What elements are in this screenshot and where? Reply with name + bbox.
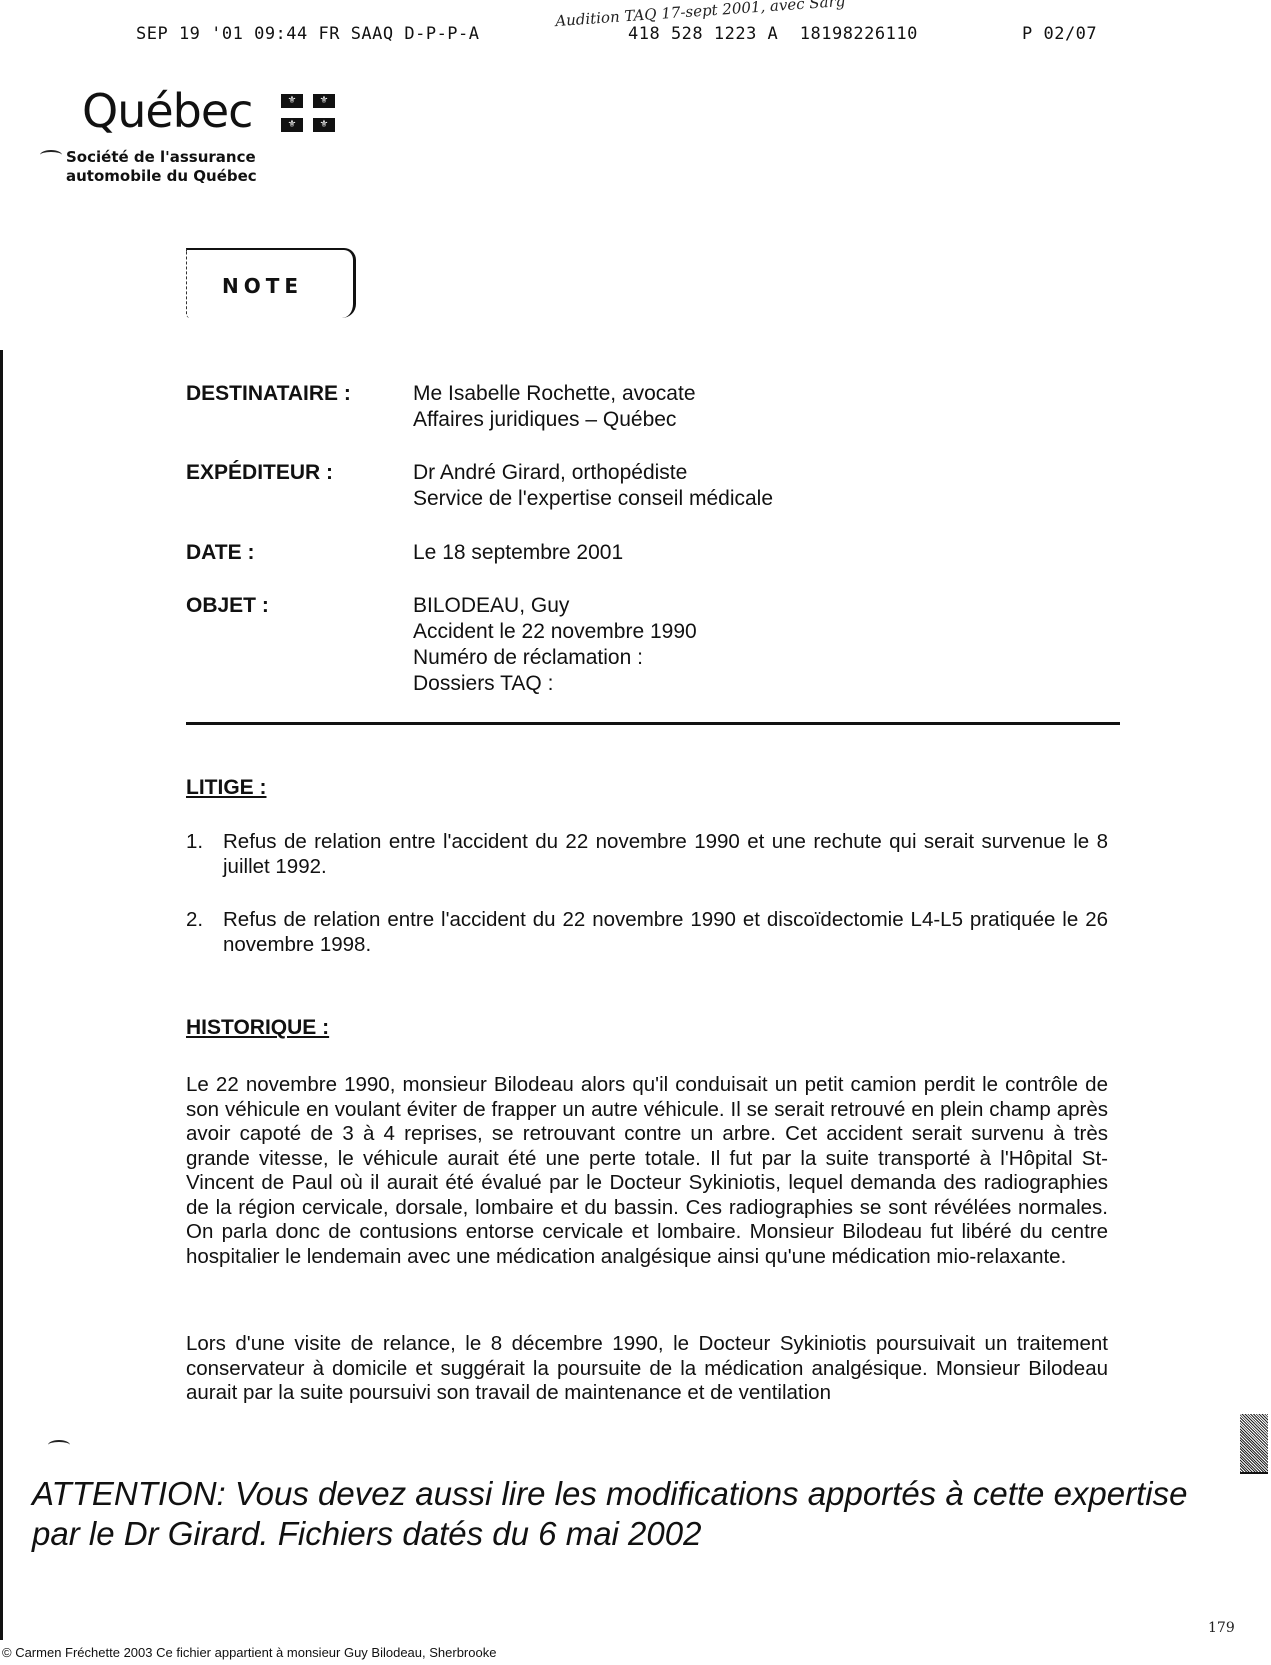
sender-value: Dr André Girard, orthopédiste Service de… xyxy=(413,460,773,512)
scan-left-border xyxy=(0,350,3,1640)
historique-paragraph: Lors d'une visite de relance, le 8 décem… xyxy=(186,1332,1108,1406)
copyright-footer: © Carmen Fréchette 2003 Ce fichier appar… xyxy=(2,1645,496,1660)
fleur-de-lis-flag-icon: ⚜⚜ ⚜⚜ xyxy=(281,94,337,136)
subject-line: Accident le 22 novembre 1990 xyxy=(413,619,697,645)
sender-label: EXPÉDITEUR : xyxy=(186,460,333,486)
recipient-label: DESTINATAIRE : xyxy=(186,381,351,407)
fax-header-page: P 02/07 xyxy=(1022,24,1097,44)
organization-line-1: Société de l'assurance xyxy=(66,148,257,167)
recipient-value: Me Isabelle Rochette, avocate Affaires j… xyxy=(413,381,696,433)
litige-item: Refus de relation entre l'accident du 22… xyxy=(223,830,1108,879)
subject-label: OBJET : xyxy=(186,593,269,619)
litige-item: Refus de relation entre l'accident du 22… xyxy=(223,908,1108,957)
subject-line: Dossiers TAQ : xyxy=(413,671,697,697)
quebec-logo-word: Québec xyxy=(82,84,252,138)
subject-value: BILODEAU, Guy Accident le 22 novembre 19… xyxy=(413,593,697,697)
organization-line-2: automobile du Québec xyxy=(66,167,257,186)
document-type-label: NOTE xyxy=(222,274,303,298)
recipient-line: Me Isabelle Rochette, avocate xyxy=(413,381,696,407)
attention-notice: ATTENTION: Vous devez aussi lire les mod… xyxy=(32,1474,1202,1554)
date-label: DATE : xyxy=(186,540,254,566)
page-number-mark: 179 xyxy=(1208,1620,1235,1636)
header-divider xyxy=(186,722,1120,725)
scan-gray-tab xyxy=(1240,1414,1268,1474)
sender-line: Dr André Girard, orthopédiste xyxy=(413,460,773,486)
organization-name: Société de l'assurance automobile du Qué… xyxy=(66,148,257,186)
litige-item-number: 2. xyxy=(186,908,203,932)
subject-line: BILODEAU, Guy xyxy=(413,593,697,619)
historique-paragraph: Le 22 novembre 1990, monsieur Bilodeau a… xyxy=(186,1073,1108,1269)
litige-item-number: 1. xyxy=(186,830,203,854)
date-value: Le 18 septembre 2001 xyxy=(413,540,623,566)
fax-header-numbers: 418 528 1223 A 18198226110 xyxy=(628,24,918,44)
historique-heading: HISTORIQUE : xyxy=(186,1016,329,1040)
sender-line: Service de l'expertise conseil médicale xyxy=(413,486,773,512)
fax-header-sender: SEP 19 '01 09:44 FR SAAQ D-P-P-A xyxy=(136,24,480,44)
litige-heading: LITIGE : xyxy=(186,776,267,800)
scan-mark xyxy=(48,1440,70,1450)
recipient-line: Affaires juridiques – Québec xyxy=(413,407,696,433)
subject-line: Numéro de réclamation : xyxy=(413,645,697,671)
scan-mark xyxy=(40,150,62,160)
